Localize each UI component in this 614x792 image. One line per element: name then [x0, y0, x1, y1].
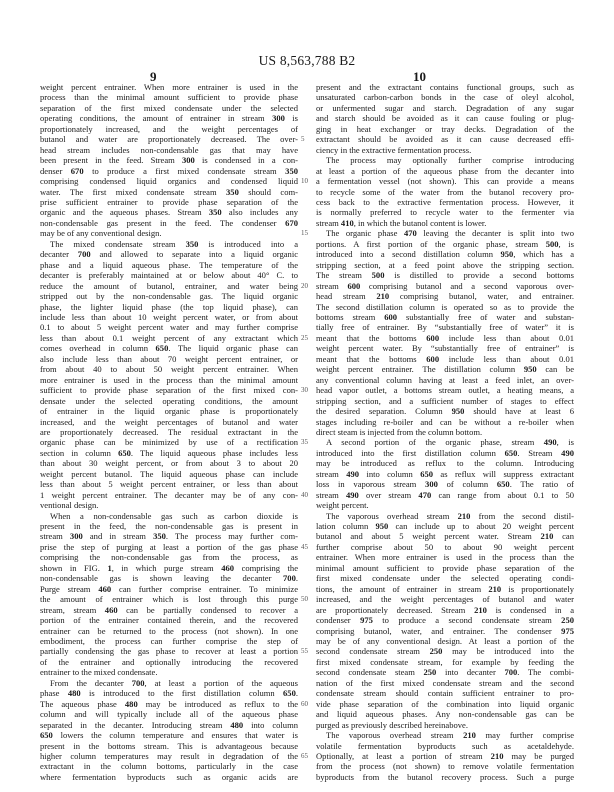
text-line: stages including re-boiler and can be wi…: [316, 417, 574, 427]
reference-numeral: 300: [182, 155, 195, 165]
text-line: been present in the feed. Stream 300 is …: [40, 155, 298, 165]
reference-numeral: 210: [491, 751, 504, 761]
text-line: separation of the first mixed condensate…: [40, 103, 298, 113]
reference-numeral: 480: [68, 688, 81, 698]
text-line: than about 30 weight percent, or from ab…: [40, 458, 298, 468]
text-line: are proportionately decreased. Stream 21…: [316, 605, 574, 615]
text-line: a fermentation vessel (not shown). This …: [316, 176, 574, 186]
reference-numeral: 950: [524, 364, 537, 374]
text-line: head stream 210 comprising butanol, wate…: [316, 291, 574, 301]
reference-numeral: 700: [283, 573, 296, 583]
reference-numeral: 650: [505, 448, 518, 458]
reference-numeral: 210: [463, 730, 476, 740]
text-line: portion of the entrainer contained there…: [40, 615, 298, 625]
text-line: reduce the amount of butanol, entrainer,…: [40, 281, 298, 291]
text-line: organic phase can be minimized by use of…: [40, 437, 298, 447]
reference-numeral: 350: [226, 187, 239, 197]
reference-numeral: 210: [474, 605, 487, 615]
text-line: water. The first mixed condensate stream…: [40, 187, 298, 197]
text-line: meant that the bottoms 600 include less …: [316, 333, 574, 343]
text-line: A second portion of the organic phase, s…: [316, 437, 574, 447]
text-line: decanter 700 and allowed to separate int…: [40, 249, 298, 259]
reference-numeral: 670: [285, 218, 298, 228]
reference-numeral: 490: [346, 490, 359, 500]
reference-numeral: 470: [404, 228, 417, 238]
text-line: phase, the lighter liquid phase (the top…: [40, 302, 298, 312]
line-number: 30: [301, 385, 308, 395]
reference-numeral: 250: [561, 615, 574, 625]
text-line: may be of any conventional design.: [40, 228, 298, 238]
text-line: higher column temperatures may result in…: [40, 751, 298, 761]
reference-numeral: 210: [376, 291, 389, 301]
text-line: ging in heat exchanger or tray decks. De…: [316, 124, 574, 134]
text-line: stream, stream 460 can be partially cond…: [40, 605, 298, 615]
reference-numeral: 300: [70, 531, 83, 541]
reference-numeral: 490: [561, 448, 574, 458]
reference-numeral: 600: [426, 333, 439, 343]
reference-numeral: 480: [125, 699, 138, 709]
text-line: ciency in the extractive fermentation pr…: [316, 145, 574, 155]
reference-numeral: 650: [420, 469, 433, 479]
reference-numeral: 650: [497, 479, 510, 489]
line-number: 10: [301, 176, 308, 186]
text-line: sufficient to provide phase separation o…: [40, 385, 298, 395]
text-line: stripping section, at a feed point above…: [316, 260, 574, 270]
reference-numeral: 460: [105, 605, 118, 615]
text-line: introduced into the first distillation c…: [316, 448, 574, 458]
reference-numeral: 410: [341, 218, 354, 228]
text-line: the amount of entrainer which is lost th…: [40, 594, 298, 604]
text-line: to recycle some of the water from the bu…: [316, 187, 574, 197]
line-number: 40: [301, 490, 308, 500]
line-number: 15: [301, 228, 308, 238]
reference-numeral: 975: [561, 626, 574, 636]
line-number: 50: [301, 594, 308, 604]
text-line: introduced into a second distillation co…: [316, 249, 574, 259]
text-line: portions. A first portion of the organic…: [316, 239, 574, 249]
reference-numeral: 950: [375, 521, 388, 531]
text-line: stream 300 and in stream 350. The proces…: [40, 531, 298, 541]
text-line: may be introduced as reflux to the colum…: [316, 458, 574, 468]
text-line: stream 490 over stream 470 can range fro…: [316, 490, 574, 500]
text-line: The second distillation column is operat…: [316, 302, 574, 312]
text-line: the desired separation. Column 950 shoul…: [316, 406, 574, 416]
text-line: of the entrainer and optionally introduc…: [40, 657, 298, 667]
text-line: densate under the selected operating con…: [40, 396, 298, 406]
text-line: The vaporous overhead stream 210 from th…: [316, 511, 574, 521]
text-line: denser 670 to produce a first mixed cond…: [40, 166, 298, 176]
reference-numeral: 700: [504, 667, 517, 677]
reference-numeral: 350: [209, 207, 222, 217]
text-line: present in the feed, the non-condensable…: [40, 521, 298, 531]
text-line: The mixed condensate stream 350 is intro…: [40, 239, 298, 249]
reference-numeral: 600: [384, 312, 397, 322]
text-line: organic and the aqueous phases. Stream 3…: [40, 207, 298, 217]
text-line: are proportionately decreased. The resid…: [40, 427, 298, 437]
text-line: Optionally, at least a portion of stream…: [316, 751, 574, 761]
text-line: stripping section, and a sufficient numb…: [316, 396, 574, 406]
text-line: column and will typically include all of…: [40, 709, 298, 719]
text-line: entrainer to the mixed condensate.: [40, 667, 298, 677]
reference-numeral: 300: [272, 113, 285, 123]
line-number: 45: [301, 542, 308, 552]
text-line: condensate stream should contain suffici…: [316, 688, 574, 698]
text-line: head vapor outlet, a bottoms stream outl…: [316, 385, 574, 395]
text-line: head stream includes non-condensable gas…: [40, 145, 298, 155]
text-line: entrainer can be returned to the process…: [40, 626, 298, 636]
text-line: second condensate steam 250 into decante…: [316, 667, 574, 677]
line-number: 60: [301, 699, 308, 709]
reference-numeral: 600: [426, 354, 439, 364]
reference-numeral: 350: [153, 531, 166, 541]
text-line: 650 lowers the column temperature and en…: [40, 730, 298, 740]
text-line: weight percent water. By “substantially …: [316, 343, 574, 353]
text-line: comprising the non-condensable gas from …: [40, 552, 298, 562]
text-line: 1 weight percent entrainer. The decanter…: [40, 490, 298, 500]
reference-numeral: 470: [418, 490, 431, 500]
reference-numeral: 500: [372, 270, 385, 280]
text-line: first mixed condensate under the selecte…: [316, 573, 574, 583]
text-line: stream 490 into column 650 as reflux wil…: [316, 469, 574, 479]
text-line: further comprise about 50 to about 90 we…: [316, 542, 574, 552]
text-line: decanter is preferably maintained at or …: [40, 270, 298, 280]
text-column-left: weight percent entrainer. When more entr…: [40, 82, 298, 782]
text-line: stream 410, in which the butanol content…: [316, 218, 574, 228]
text-line: comes overhead in column 650. The liquid…: [40, 343, 298, 353]
text-line: process than the minimal amount sufficie…: [40, 92, 298, 102]
text-line: include less than about 10 weight percen…: [40, 312, 298, 322]
text-line: from about 40 to about 50 weight percent…: [40, 364, 298, 374]
text-line: weight percent butanol. The liquid aqueo…: [40, 469, 298, 479]
text-line: section in column 650. The liquid aqueou…: [40, 448, 298, 458]
reference-numeral: 500: [546, 239, 559, 249]
reference-numeral: 650: [40, 730, 53, 740]
text-line: volatile fermentation byproducts such as…: [316, 741, 574, 751]
text-line: weight percent entrainer. When more entr…: [40, 82, 298, 92]
reference-numeral: 480: [230, 720, 243, 730]
text-line: butanol and water are proportionately de…: [40, 134, 298, 144]
reference-numeral: 670: [71, 166, 84, 176]
text-line: meant that the bottoms 600 include less …: [316, 354, 574, 364]
reference-numeral: 490: [544, 437, 557, 447]
text-line: byproducts from the butanol recovery pro…: [316, 772, 574, 782]
text-line: butanol and about 5 weight percent water…: [316, 531, 574, 541]
text-line: second condensate stream 250 may be intr…: [316, 646, 574, 656]
text-line: tially free of entrainer. By “substantia…: [316, 322, 574, 332]
reference-numeral: 210: [458, 511, 471, 521]
text-line: may be of any conventional design. At le…: [316, 636, 574, 646]
line-number: 35: [301, 437, 308, 447]
text-line: present in the bottoms stream. This is a…: [40, 741, 298, 751]
text-line: vide phase separation of the combination…: [316, 699, 574, 709]
text-line: proportionately increased, and the weigh…: [40, 124, 298, 134]
reference-numeral: 460: [221, 563, 234, 573]
reference-numeral: 1: [107, 563, 111, 573]
text-line: first mixed condensate stream, for examp…: [316, 657, 574, 667]
text-line: shown in FIG. 1, in which purge stream 4…: [40, 563, 298, 573]
text-line: from the process (not shown) to remove v…: [316, 761, 574, 771]
text-line: loss in vaporous stream 300 of column 65…: [316, 479, 574, 489]
reference-numeral: 650: [118, 448, 131, 458]
text-line: 0.1 to about 5 weight percent water and …: [40, 322, 298, 332]
text-line: phase 480 is introduced to the first dis…: [40, 688, 298, 698]
text-line: or unfermented sugar and starch. Degrada…: [316, 103, 574, 113]
text-line: tions, the amount of entrainer in stream…: [316, 584, 574, 594]
text-line: at least a portion of the aqueous phase …: [316, 166, 574, 176]
reference-numeral: 460: [98, 584, 111, 594]
reference-numeral: 210: [488, 584, 501, 594]
text-line: is normally preferred to recycle water t…: [316, 207, 574, 217]
text-line: stripped out by the non-condensable gas.…: [40, 291, 298, 301]
text-line: phase and a liquid aqueous phase. The te…: [40, 260, 298, 270]
text-line: increased, and the weight percentages of…: [40, 417, 298, 427]
reference-numeral: 250: [430, 646, 443, 656]
reference-numeral: 300: [425, 479, 438, 489]
text-line: The organic phase 470 leaving the decant…: [316, 228, 574, 238]
text-line: condenser 975 to produce a second conden…: [316, 615, 574, 625]
text-line: cess back to the extractive fermentation…: [316, 197, 574, 207]
text-line: The aqueous phase 480 may be introduced …: [40, 699, 298, 709]
text-line: purged as previously described hereinabo…: [316, 720, 574, 730]
reference-numeral: 600: [347, 281, 360, 291]
text-line: nation of the first mixed condensate str…: [316, 678, 574, 688]
text-line: ventional design.: [40, 500, 298, 510]
text-line: bottoms stream 600 substantially free of…: [316, 312, 574, 322]
line-number: 55: [301, 646, 308, 656]
reference-numeral: 650: [283, 688, 296, 698]
reference-numeral: 350: [285, 166, 298, 176]
text-line: increased, and the weight percentages of…: [316, 594, 574, 604]
text-line: entrainer. When more entrainer is used i…: [316, 552, 574, 562]
text-column-right: present and the extractant contains func…: [316, 82, 574, 782]
text-line: extractant in the column bottoms, partic…: [40, 761, 298, 771]
text-line: comprising condensed liquid organics and…: [40, 176, 298, 186]
text-line: Purge stream 460 can further comprise en…: [40, 584, 298, 594]
text-line: extractant should be avoided as it can c…: [316, 134, 574, 144]
text-line: comprising butanol, water, and entrainer…: [316, 626, 574, 636]
line-number: 20: [301, 281, 308, 291]
text-line: The vaporous overhead stream 210 may fur…: [316, 730, 574, 740]
text-line: stream 600 comprising butanol and a seco…: [316, 281, 574, 291]
reference-numeral: 700: [78, 249, 91, 259]
text-line: of entrainer in the liquid organic phase…: [40, 406, 298, 416]
reference-numeral: 700: [132, 678, 145, 688]
text-line: separated in the decanter. Introducing s…: [40, 720, 298, 730]
line-number: 5: [301, 134, 305, 144]
text-line: and liquid aqueous phases. Any non-conde…: [316, 709, 574, 719]
text-line: weight percent.: [316, 500, 574, 510]
text-line: non-condensable gas present in the feed.…: [40, 218, 298, 228]
text-line: From the decanter 700, at least a portio…: [40, 678, 298, 688]
text-line: unsaturated carbon-carbon bonds in the c…: [316, 92, 574, 102]
text-line: also include less than about 70 weight p…: [40, 354, 298, 364]
reference-numeral: 210: [541, 531, 554, 541]
text-line: embodiment, the process can further comp…: [40, 636, 298, 646]
text-line: direct steam is injected from the column…: [316, 427, 574, 437]
text-line: more entrainer is used in the process th…: [40, 375, 298, 385]
text-line: any conventional column having at least …: [316, 375, 574, 385]
text-line: The process may optionally further compr…: [316, 155, 574, 165]
text-line: operating conditions, the amount of entr…: [40, 113, 298, 123]
reference-numeral: 490: [346, 469, 359, 479]
text-line: weight percent entrainer. The distillati…: [316, 364, 574, 374]
text-line: less than about 5 weight percent entrain…: [40, 479, 298, 489]
reference-numeral: 250: [424, 667, 437, 677]
reference-numeral: 650: [156, 343, 169, 353]
text-line: The stream 500 is distilled to provide a…: [316, 270, 574, 280]
text-line: When a non-condensable gas such as carbo…: [40, 511, 298, 521]
text-line: partially condensing the gas phase to re…: [40, 646, 298, 656]
text-line: non-condensable gas is shown leaving the…: [40, 573, 298, 583]
text-line: prise sufficient entrainer to provide ph…: [40, 197, 298, 207]
text-line: where fermentation byproducts such as or…: [40, 772, 298, 782]
text-line: and starch should be avoided as it can c…: [316, 113, 574, 123]
reference-numeral: 975: [360, 615, 373, 625]
text-line: present and the extractant contains func…: [316, 82, 574, 92]
text-line: prise the step of purging at least a por…: [40, 542, 298, 552]
text-line: minimal amount sufficient to provide pha…: [316, 563, 574, 573]
patent-number-header: US 8,563,788 B2: [0, 53, 614, 69]
line-number: 25: [301, 333, 308, 343]
text-line: lation column 950 can include up to abou…: [316, 521, 574, 531]
text-line: less than about 0.1 weight percent of an…: [40, 333, 298, 343]
line-number: 65: [301, 751, 308, 761]
reference-numeral: 350: [186, 239, 199, 249]
reference-numeral: 950: [501, 249, 514, 259]
reference-numeral: 950: [452, 406, 465, 416]
